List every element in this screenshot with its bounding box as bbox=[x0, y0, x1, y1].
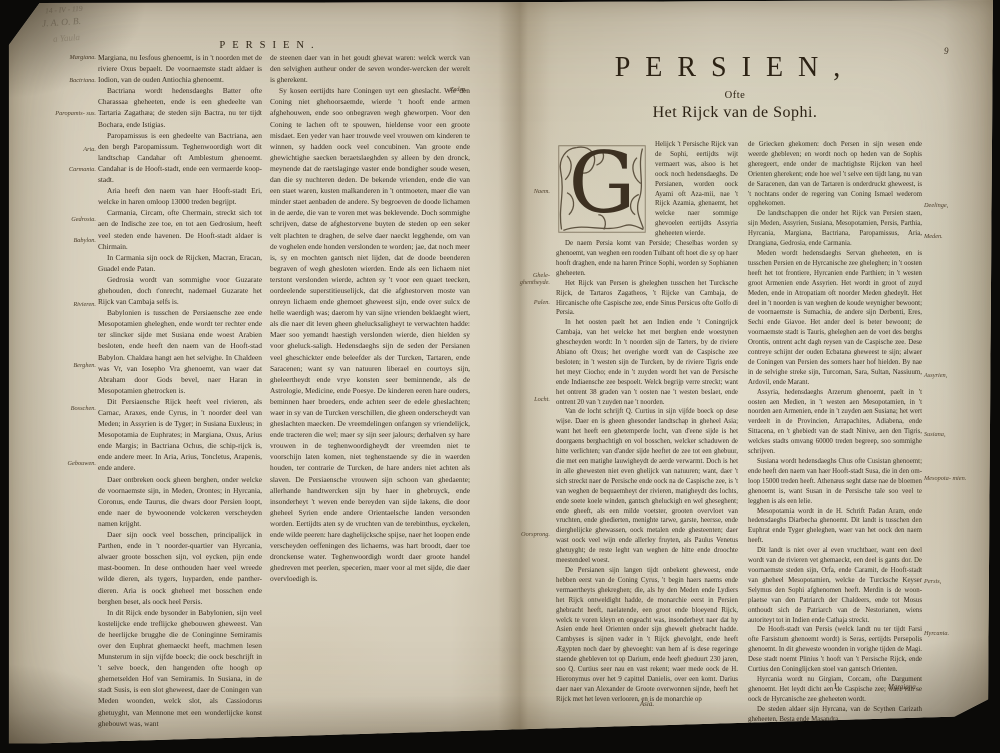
body-paragraph: De Hooft-stadt van Persis (welck landt n… bbox=[748, 625, 922, 675]
body-paragraph: G Helijck 't Persische Rijck van de Soph… bbox=[556, 140, 738, 239]
margin-note-meden: Meden. bbox=[924, 233, 970, 240]
margin-note-susiana: Susiana, bbox=[924, 431, 970, 438]
margin-note-assyrien: Assyrien, bbox=[924, 372, 970, 379]
body-paragraph: De naem Persia komt van Perside; Cheselb… bbox=[556, 239, 738, 279]
body-paragraph: Mesopotamia wordt in de H. Schrift Padan… bbox=[748, 507, 922, 547]
body-paragraph: Susiana wordt hedensdaeghs Chus ofte Cus… bbox=[748, 457, 922, 507]
body-paragraph: de steenen daer van in het goudt ghevat … bbox=[270, 52, 470, 85]
body-paragraph: Sy kosen eertijdts hare Coningen uyt een… bbox=[270, 85, 470, 584]
body-paragraph: Bactriana wordt hedensdaeghs Batter ofte… bbox=[98, 85, 262, 129]
page-subtitle-2: Het Rijck van de Sophi. bbox=[520, 104, 950, 122]
body-paragraph: Margiana, nu Iesfous ghenoemt, is in 't … bbox=[98, 52, 262, 85]
page-title: PERSIEN, bbox=[520, 52, 950, 84]
margin-note-rivieren: Rivieren. bbox=[48, 301, 96, 308]
gutter-shadow bbox=[498, 0, 550, 748]
margin-note-bactriana: Bactriana. bbox=[48, 77, 96, 84]
body-paragraph: Gedrosia wordt van sommighe voor Guzarat… bbox=[98, 274, 262, 307]
body-paragraph: Dit Persiaensche Rijck heeft veel rivier… bbox=[98, 396, 262, 474]
right-page-column-1: G Helijck 't Persische Rijck van de Soph… bbox=[556, 140, 738, 705]
body-paragraph: Meden wordt hedensdaeghs Servan gheheete… bbox=[748, 249, 922, 388]
margin-note-mesopotamien: Mesopota- mien. bbox=[924, 475, 970, 482]
body-paragraph: Aria heeft den naem van haer Hooft-stadt… bbox=[98, 185, 262, 207]
margin-note-persis: Persis, bbox=[924, 578, 970, 585]
body-paragraph: Van de locht schrijft Q. Curtius in sijn… bbox=[556, 407, 738, 566]
body-paragraph: De Persianen sijn langen tijdt onbekent … bbox=[556, 566, 738, 705]
catchword-margiana: Margiana, bbox=[888, 683, 918, 691]
margin-note-berghen: Berghen. bbox=[48, 362, 96, 369]
left-page-column-1: Margiana, nu Iesfous ghenoemt, is in 't … bbox=[98, 52, 262, 729]
margin-note-bosschen: Bosschen. bbox=[48, 405, 96, 412]
pencil-annotation-line: J. A. O. B. bbox=[42, 17, 84, 30]
margin-note-paropamissus: Paropamis- sus. bbox=[48, 110, 96, 117]
body-paragraph: De steden aldaer sijn Hyrcana, van de Sc… bbox=[748, 705, 922, 725]
right-page-column-2: de Griecken ghekomen: doch Persen in sij… bbox=[748, 140, 922, 724]
margin-note-carmania: Carmania. bbox=[48, 166, 96, 173]
body-paragraph: Babylonien is tusschen de Persiaensche z… bbox=[98, 307, 262, 396]
margin-note-margiana: Margiana. bbox=[48, 54, 96, 61]
body-paragraph: Carmania, Circam, ofte Chermain, streckt… bbox=[98, 207, 262, 251]
body-paragraph: Dit landt is niet over al even vruchtbae… bbox=[748, 546, 922, 625]
page-subtitle: Ofte bbox=[520, 90, 950, 101]
scanned-book-spread: { "document": { "left_page": { "running_… bbox=[0, 0, 1000, 753]
signature-mark: I bbox=[834, 682, 837, 691]
drop-cap-letter: G bbox=[556, 133, 648, 233]
margin-note-gebouwen: Gebouwen. bbox=[48, 460, 96, 467]
pencil-annotation-line: 14 - IV - 119 bbox=[45, 4, 83, 16]
margin-note-babylon: Babylon. bbox=[48, 237, 96, 244]
body-paragraph: De landtschappen die onder het Rijck van… bbox=[748, 209, 922, 249]
running-header-left: PERSIEN. bbox=[60, 40, 480, 51]
body-paragraph: In Carmania sijn oock de Rijcken, Macran… bbox=[98, 252, 262, 274]
left-page-column-2: de steenen daer van in het goudt ghevat … bbox=[270, 52, 470, 585]
catchword-asia: Asia. bbox=[556, 700, 738, 708]
book-page-spread: 14 - IV - 119 J. A. O. B. a Yaula PERSIE… bbox=[6, 0, 994, 748]
margin-note-deelinge: Deelinge, bbox=[924, 202, 970, 209]
decorative-initial-icon: G bbox=[556, 141, 648, 237]
body-paragraph: In dit Rijck ende bysonder in Babylonien… bbox=[98, 607, 262, 729]
margin-note-gedrosia: Gedrosia. bbox=[48, 216, 96, 223]
body-paragraph: Daer ontbreken oock gheen berghen, onder… bbox=[98, 474, 262, 529]
body-paragraph: Het Rijck van Persen is gheleghen tussch… bbox=[556, 279, 738, 319]
margin-note-aria: Aria. bbox=[48, 146, 96, 153]
margin-note-hyrcania: Hyrcania. bbox=[924, 630, 970, 637]
body-paragraph-text: Helijck 't Persische Rijck van de Sophi,… bbox=[655, 141, 738, 237]
body-paragraph: Daer sijn oock veel bosschen, principali… bbox=[98, 529, 262, 607]
body-paragraph: Paropamissus is een ghedeelte van Bactri… bbox=[98, 130, 262, 185]
body-paragraph: In het oosten paelt het aen Indien ende … bbox=[556, 318, 738, 407]
pencil-annotation: 14 - IV - 119 J. A. O. B. a Yaula bbox=[45, 4, 85, 45]
body-paragraph: Assyria, hedensdaeghs Arzerum ghenoemt, … bbox=[748, 388, 922, 457]
page-title-block: PERSIEN, Ofte Het Rijck van de Sophi. bbox=[520, 52, 950, 122]
body-paragraph: de Griecken ghekomen: doch Persen in sij… bbox=[748, 140, 922, 209]
